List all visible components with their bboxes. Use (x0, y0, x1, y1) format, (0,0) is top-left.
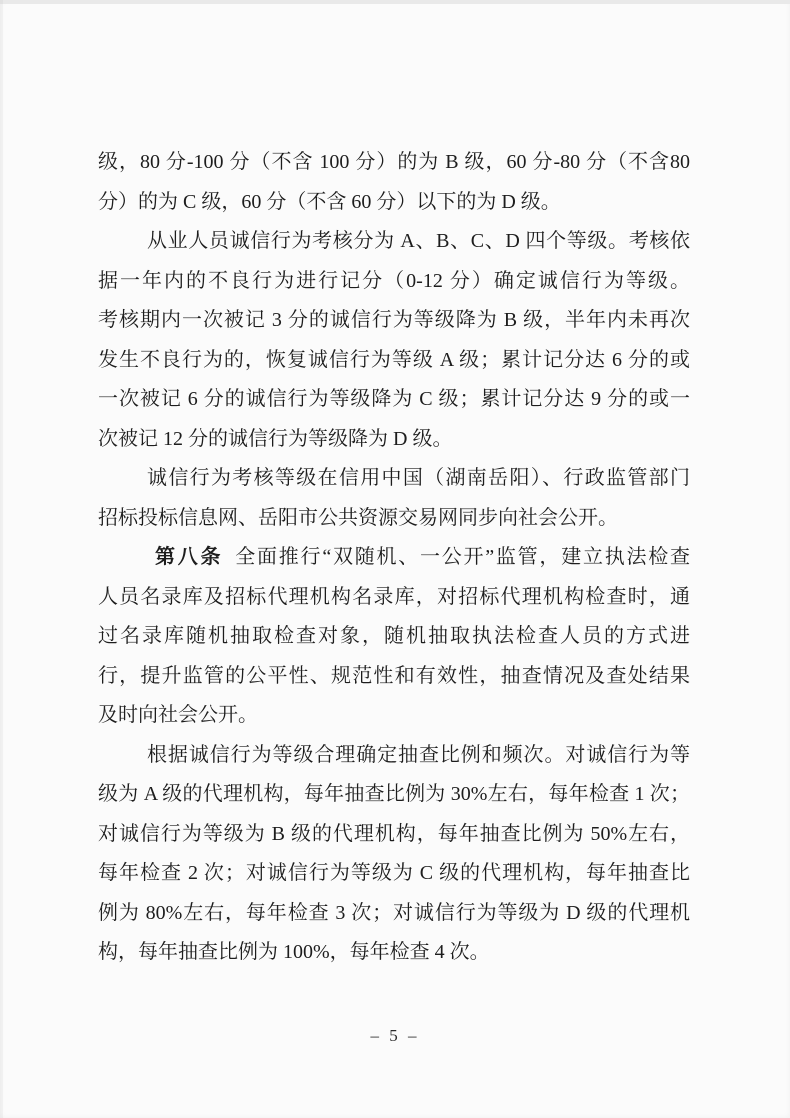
text-line: 据一年内的不良行为进行记分（0-12 分）确定诚信行为等级。 (98, 262, 690, 302)
text-line: 过名录库随机抽取检查对象，随机抽取执法检查人员的方式进 (98, 617, 690, 657)
text-line: 级，80 分-100 分（不含 100 分）的为 B 级，60 分-80 分（不… (98, 143, 690, 183)
text-line: 人员名录库及招标代理机构名录库，对招标代理机构检查时，通 (98, 578, 690, 618)
text-line: 每年检查 2 次；对诚信行为等级为 C 级的代理机构，每年抽查比 (98, 854, 690, 894)
para-public-disclosure: 诚信行为考核等级在信用中国（湖南岳阳）、行政监管部门招标投标信息网、岳阳市公共资… (98, 459, 690, 538)
text-line: 对诚信行为等级为 B 级的代理机构，每年抽查比例为 50%左右， (98, 815, 690, 855)
para-article-8: 第八条全面推行“双随机、一公开”监管，建立执法检查人员名录库及招标代理机构名录库… (98, 538, 690, 736)
text-line: 发生不良行为的，恢复诚信行为等级 A 级；累计记分达 6 分的或 (98, 341, 690, 381)
para-grade-scores: 级，80 分-100 分（不含 100 分）的为 B 级，60 分-80 分（不… (98, 143, 690, 222)
text-line: 构，每年抽查比例为 100%，每年检查 4 次。 (98, 933, 690, 973)
page-number: – 5 – (0, 1026, 790, 1046)
text-line: 从业人员诚信行为考核分为 A、B、C、D 四个等级。考核依 (98, 222, 690, 262)
text-line: 及时向社会公开。 (98, 696, 690, 736)
article-heading: 第八条 (155, 546, 223, 568)
text-line: 级为 A 级的代理机构，每年抽查比例为 30%左右，每年检查 1 次； (98, 775, 690, 815)
text-line: 根据诚信行为等级合理确定抽查比例和频次。对诚信行为等 (98, 736, 690, 776)
text-line: 考核期内一次被记 3 分的诚信行为等级降为 B 级，半年内未再次 (98, 301, 690, 341)
document-body-text: 级，80 分-100 分（不含 100 分）的为 B 级，60 分-80 分（不… (98, 143, 690, 973)
text-line: 诚信行为考核等级在信用中国（湖南岳阳）、行政监管部门 (98, 459, 690, 499)
text-line: 行，提升监管的公平性、规范性和有效性，抽查情况及查处结果 (98, 657, 690, 697)
text-line: 例为 80%左右，每年检查 3 次；对诚信行为等级为 D 级的代理机 (98, 894, 690, 934)
text-line: 第八条全面推行“双随机、一公开”监管，建立执法检查 (98, 538, 690, 578)
text-line: 分）的为 C 级，60 分（不含 60 分）以下的为 D 级。 (98, 183, 690, 223)
document-page: 级，80 分-100 分（不含 100 分）的为 B 级，60 分-80 分（不… (0, 0, 790, 1118)
text-line: 次被记 12 分的诚信行为等级降为 D 级。 (98, 420, 690, 460)
para-inspection-ratios: 根据诚信行为等级合理确定抽查比例和频次。对诚信行为等级为 A 级的代理机构，每年… (98, 736, 690, 973)
text-line: 一次被记 6 分的诚信行为等级降为 C 级；累计记分达 9 分的或一 (98, 380, 690, 420)
text-line: 招标投标信息网、岳阳市公共资源交易网同步向社会公开。 (98, 499, 690, 539)
para-personnel-credit-grades: 从业人员诚信行为考核分为 A、B、C、D 四个等级。考核依据一年内的不良行为进行… (98, 222, 690, 459)
